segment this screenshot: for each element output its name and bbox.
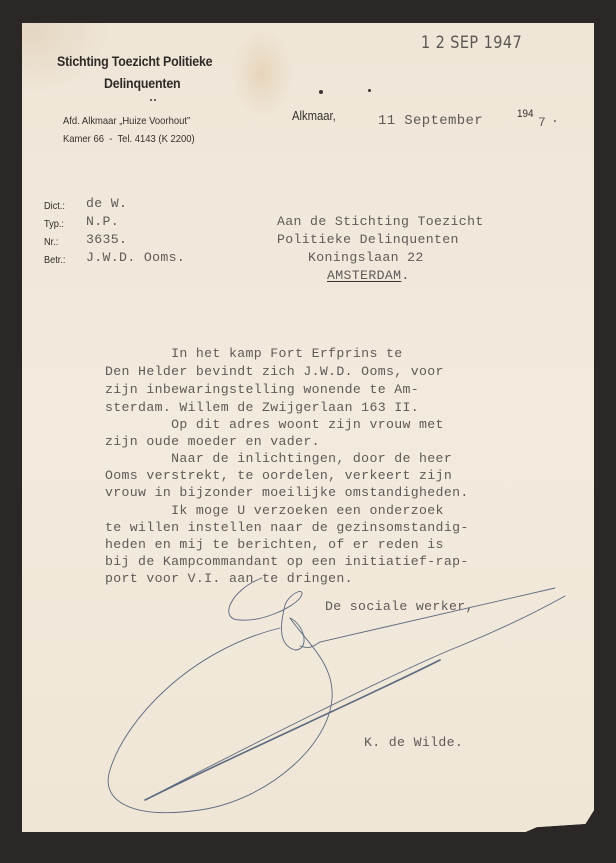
body-line: Ik moge U verzoeken een onderzoek [105, 503, 444, 518]
year-printed: 194 [517, 108, 534, 120]
punch-mark [368, 89, 371, 92]
body-line: bij de Kampcommandant op een initiatief-… [105, 554, 469, 569]
body-line: Den Helder bevindt zich J.W.D. Ooms, voo… [105, 364, 444, 379]
addressee-line2: Politieke Delinquenten [277, 232, 459, 247]
letterhead-org-line1: Stichting Toezicht Politieke [57, 54, 212, 69]
dict-value: de W. [86, 196, 127, 211]
nr-label: Nr.: [44, 237, 58, 248]
signatory-name: K. de Wilde. [364, 735, 463, 750]
body-line: heden en mij te berichten, of er reden i… [105, 537, 444, 552]
received-date-stamp: 1 2 SEP 1947 [421, 33, 522, 53]
addressee-city-wrap: AMSTERDAM. [327, 268, 410, 283]
body-line: Ooms verstrekt, te oordelen, verkeert zi… [105, 468, 452, 483]
body-line: In het kamp Fort Erfprins te [105, 346, 403, 361]
body-line: zijn oude moeder en vader. [105, 434, 320, 449]
year-period: . [551, 111, 559, 126]
nr-value: 3635. [86, 232, 127, 247]
punch-mark [319, 90, 323, 94]
addressee-city: AMSTERDAM [327, 268, 401, 283]
letterhead-org-line2: Delinquenten [104, 76, 180, 91]
body-line: Op dit adres woont zijn vrouw met [105, 417, 444, 432]
dict-label: Dict.: [44, 201, 65, 212]
typ-value: N.P. [86, 214, 119, 229]
body-line: sterdam. Willem de Zwijgerlaan 163 II. [105, 400, 419, 415]
body-line: zijn inbewaringstelling wonende te Am- [105, 382, 419, 397]
letter-date: 11 September [378, 113, 483, 129]
body-line: port voor V.I. aan te dringen. [105, 571, 353, 586]
addressee-city-period: . [401, 268, 409, 283]
letterhead-department: Afd. Alkmaar „Huize Voorhout” [63, 115, 190, 127]
closing-text: De sociale werker, [325, 599, 474, 614]
body-line: vrouw in bijzonder moeilijke omstandighe… [105, 485, 469, 500]
addressee-line3: Koningslaan 22 [308, 250, 424, 265]
body-line: te willen instellen naar de gezinsomstan… [105, 520, 469, 535]
body-line: Naar de inlichtingen, door de heer [105, 451, 452, 466]
letterhead-ornament-dot [150, 99, 152, 101]
betr-value: J.W.D. Ooms. [86, 250, 185, 265]
place-label: Alkmaar, [292, 109, 336, 123]
addressee-line1: Aan de Stichting Toezicht [277, 214, 484, 229]
year-typed-digit: 7 [538, 115, 546, 130]
letterhead-ornament-dot [154, 99, 156, 101]
betr-label: Betr.: [44, 255, 65, 266]
letterhead-contact: Kamer 66 - Tel. 4143 (K 2200) [63, 133, 195, 145]
typ-label: Typ.: [44, 219, 64, 230]
